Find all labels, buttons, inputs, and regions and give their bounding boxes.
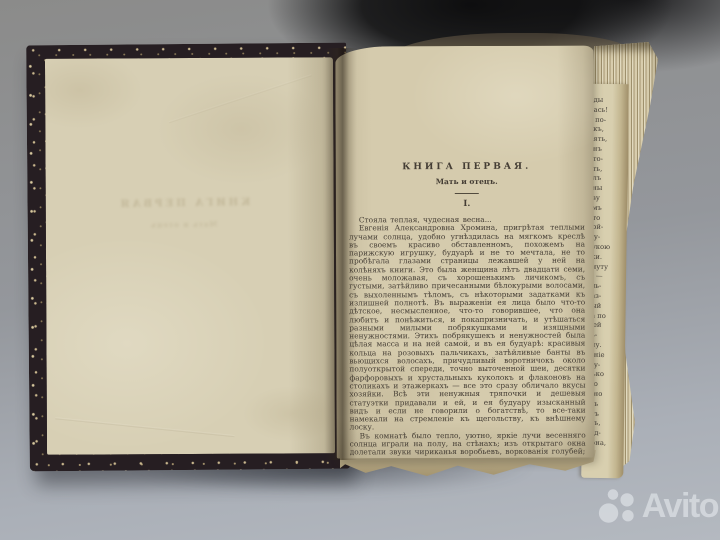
- divider-rule: [455, 193, 479, 194]
- part-subtitle: Мать и отецъ.: [349, 177, 585, 187]
- avito-wordmark: Avito: [642, 489, 718, 523]
- right-page: КНИГА ПЕРВАЯ. Мать и отецъ. I. Стояла те…: [335, 46, 594, 459]
- avito-logo-icon: [598, 484, 637, 528]
- showthrough-title-text: КНИГА ПЕРВАЯ: [118, 197, 251, 210]
- paragraph: Въ комнатѣ было тепло, уютно, яркіе лучи…: [350, 431, 586, 457]
- book-part-heading: КНИГА ПЕРВАЯ.: [349, 162, 585, 173]
- chapter-number: I.: [349, 199, 585, 210]
- paragraph: Евгенія Александровна Хромина, пригрѣтая…: [349, 224, 586, 432]
- page-crease: [55, 417, 234, 437]
- left-page: КНИГА ПЕРВАЯ Мать и отецъ: [45, 57, 335, 455]
- showthrough-subtitle-text: Мать и отецъ: [150, 220, 218, 230]
- avito-watermark: Avito: [598, 482, 718, 530]
- right-page-text-block: КНИГА ПЕРВАЯ. Мать и отецъ. I. Стояла те…: [349, 162, 586, 457]
- page-crease: [169, 74, 312, 123]
